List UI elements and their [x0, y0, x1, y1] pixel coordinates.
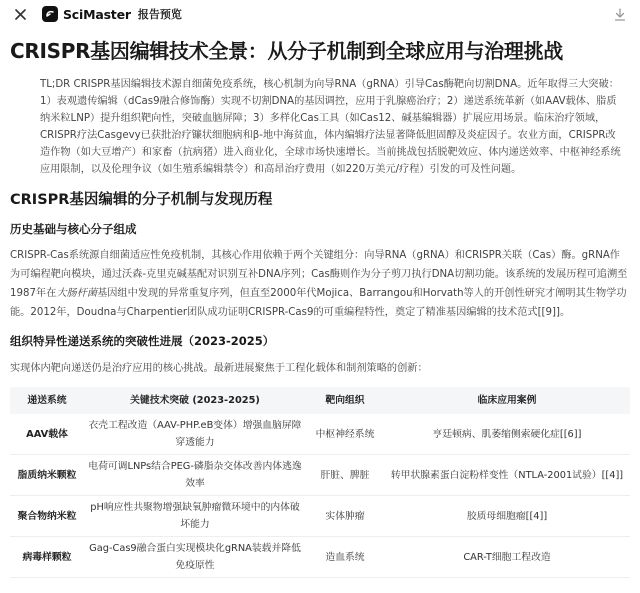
table-row: 病毒样颗粒 Gag-Cas9融合蛋白实现模块化gRNA装载并降低免疫原性 造血系…: [10, 537, 630, 578]
brand-name: SciMaster: [63, 7, 131, 22]
target-tissue-cell: 中枢神经系统: [306, 414, 384, 455]
clinical-case-cell: CAR-T细胞工程改造: [384, 537, 630, 578]
table-header-row: 递送系统 关键技术突破 (2023-2025) 靶向组织 临床应用案例: [10, 387, 630, 414]
scimaster-logo-icon: [42, 6, 58, 22]
delivery-system-cell: AAV载体: [10, 414, 84, 455]
history-paragraph: CRISPR-Cas系统源自细菌适应性免疫机制，其核心作用依赖于两个关键组分：向…: [10, 246, 630, 322]
clinical-case-cell: 转甲状腺素蛋白淀粉样变性（NTLA-2001试验）[[4]]: [384, 455, 630, 496]
top-bar: SciMaster 报告预览: [0, 0, 640, 28]
close-button[interactable]: [10, 4, 30, 24]
column-header: 靶向组织: [306, 387, 384, 414]
report-title: CRISPR基因编辑技术全景：从分子机制到全球应用与治理挑战: [10, 38, 630, 64]
column-header: 关键技术突破 (2023-2025): [84, 387, 306, 414]
breakthrough-cell: pH响应性共聚物增强缺氧肿瘤微环境中的内体破坏能力: [84, 496, 306, 537]
delivery-intro: 实现体内靶向递送仍是治疗应用的核心挑战。最新进展聚焦于工程化载体和制剂策略的创新…: [10, 360, 630, 377]
column-header: 临床应用案例: [384, 387, 630, 414]
breakthrough-cell: Gag-Cas9融合蛋白实现模块化gRNA装载并降低免疫原性: [84, 537, 306, 578]
tldr-summary: TL;DR CRISPR基因编辑技术源自细菌免疫系统，核心机制为向导RNA（gR…: [40, 76, 622, 178]
report-content: CRISPR基因编辑技术全景：从分子机制到全球应用与治理挑战 TL;DR CRI…: [0, 38, 640, 578]
download-button[interactable]: [610, 4, 630, 24]
delivery-system-cell: 聚合物纳米粒: [10, 496, 84, 537]
target-tissue-cell: 造血系统: [306, 537, 384, 578]
section-heading-mechanism: CRISPR基因编辑的分子机制与发现历程: [10, 190, 630, 210]
target-tissue-cell: 实体肿瘤: [306, 496, 384, 537]
subsection-heading-history: 历史基础与核心分子组成: [10, 220, 630, 238]
clinical-case-cell: 亨廷顿病、肌萎缩侧索硬化症[[6]]: [384, 414, 630, 455]
table-row: 脂质纳米颗粒 电荷可调LNPs结合PEG-磷脂杂交体改善内体逃逸效率 肝脏、脾脏…: [10, 455, 630, 496]
delivery-systems-table: 递送系统 关键技术突破 (2023-2025) 靶向组织 临床应用案例 AAV载…: [10, 387, 630, 578]
target-tissue-cell: 肝脏、脾脏: [306, 455, 384, 496]
download-icon: [614, 8, 626, 21]
history-text-part-2: 基因组中发现的异常重复序列，但直至2000年代Mojica、Barrangou和…: [10, 288, 627, 318]
delivery-system-cell: 病毒样颗粒: [10, 537, 84, 578]
table-row: 聚合物纳米粒 pH响应性共聚物增强缺氧肿瘤微环境中的内体破坏能力 实体肿瘤 胶质…: [10, 496, 630, 537]
breakthrough-cell: 电荷可调LNPs结合PEG-磷脂杂交体改善内体逃逸效率: [84, 455, 306, 496]
column-header: 递送系统: [10, 387, 84, 414]
page-label: 报告预览: [138, 6, 182, 22]
delivery-system-cell: 脂质纳米颗粒: [10, 455, 84, 496]
table-row: AAV载体 衣壳工程改造（AAV-PHP.eB变体）增强血脑屏障穿透能力 中枢神…: [10, 414, 630, 455]
history-text-italic: 大肠杆菌: [56, 288, 97, 299]
breakthrough-cell: 衣壳工程改造（AAV-PHP.eB变体）增强血脑屏障穿透能力: [84, 414, 306, 455]
close-icon: [15, 9, 26, 20]
subsection-heading-delivery: 组织特异性递送系统的突破性进展（2023-2025）: [10, 332, 630, 350]
brand-logo: SciMaster: [42, 6, 131, 22]
clinical-case-cell: 胶质母细胞瘤[[4]]: [384, 496, 630, 537]
